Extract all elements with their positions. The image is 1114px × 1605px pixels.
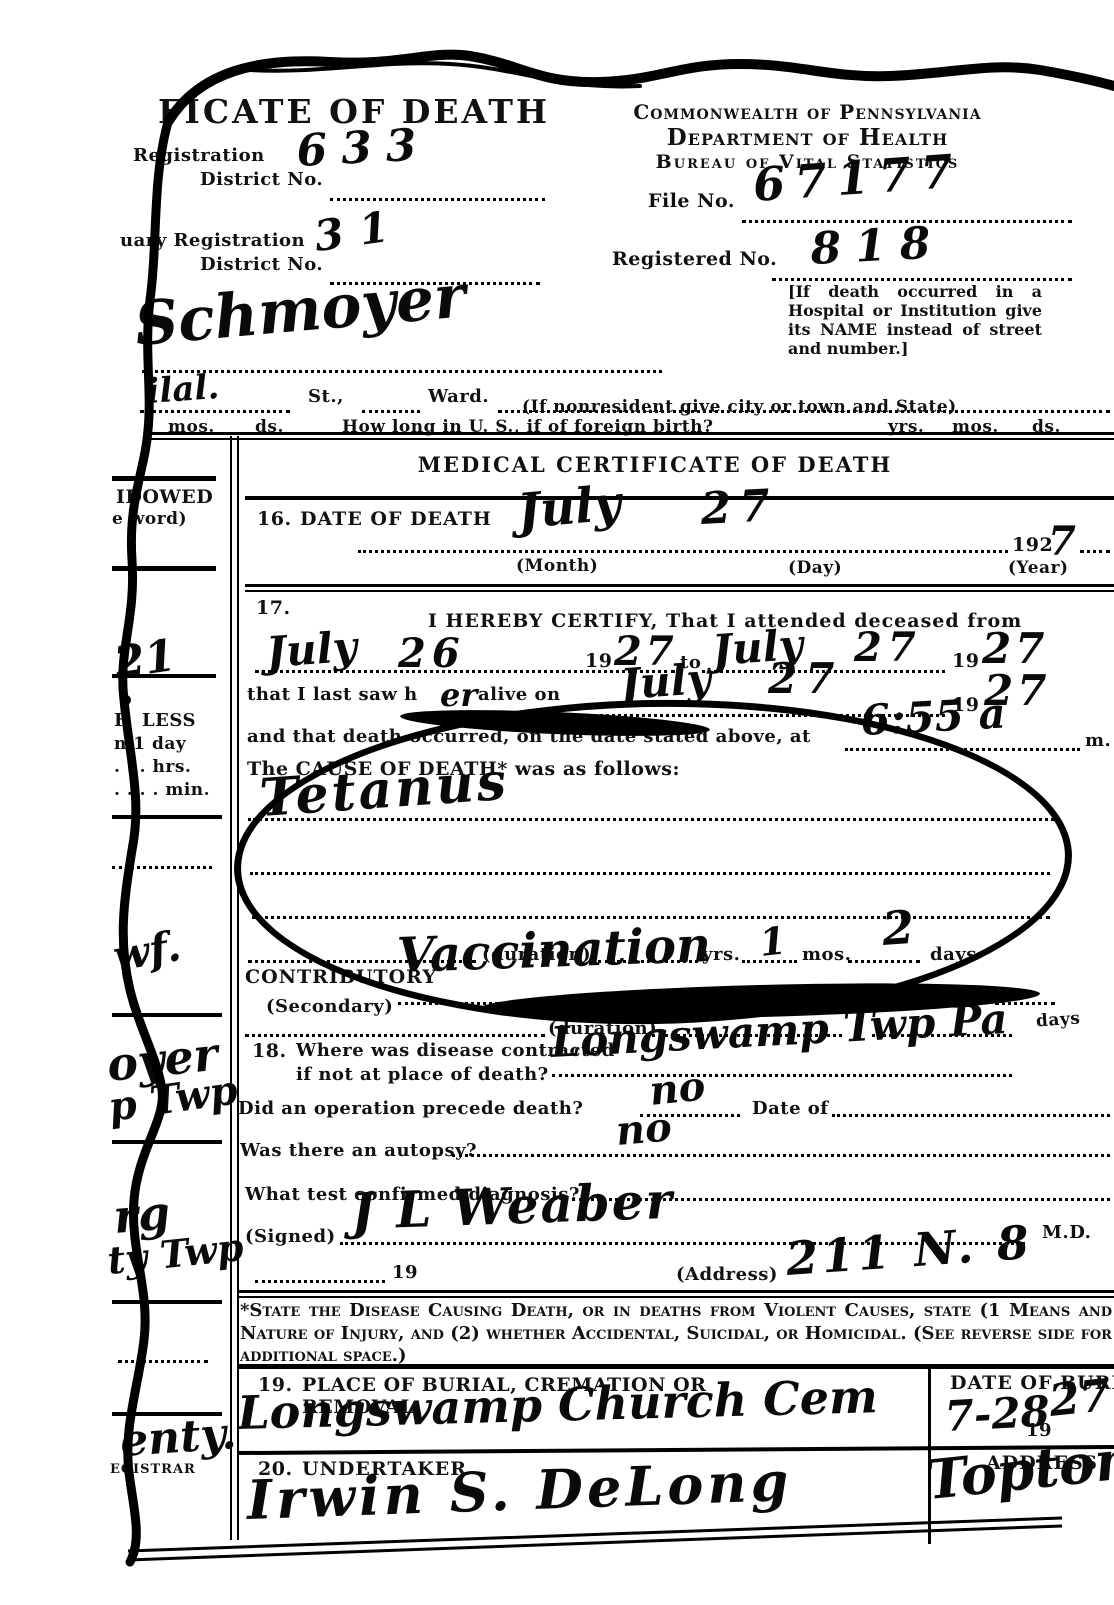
dotted-line (140, 408, 290, 413)
secondary-duration-days-label: days (1035, 1008, 1081, 1031)
disease-contracted-label-2: if not at place of death? (296, 1064, 549, 1085)
registration-district-value: 633 (295, 119, 431, 177)
registrar-fragment: EGISTRAR (110, 1462, 196, 1477)
year-caption: (Year) (1008, 558, 1069, 578)
word-note-fragment: e word) (112, 509, 187, 529)
item-18-number: 18. (252, 1040, 287, 1062)
physician-signature: J L Weaber (350, 1171, 675, 1241)
date-of-burial-year: 27 (1047, 1370, 1113, 1427)
dotted-line (772, 276, 1072, 281)
left-column-line (112, 815, 222, 819)
registration-label: Registration (133, 145, 265, 166)
registered-no-value: 818 (809, 217, 945, 275)
date-of-death-label: DATE OF DEATH (300, 508, 492, 530)
date-of-death-month: July (515, 475, 623, 540)
address-label: (Address) (676, 1264, 778, 1285)
dotted-line (112, 864, 212, 869)
dotted-line (358, 548, 1008, 553)
year-preprint: 192 (1012, 534, 1053, 556)
if-less-prefix: F (114, 710, 127, 731)
rule (245, 584, 1114, 592)
registered-no-label: Registered No. (612, 248, 777, 270)
rule (237, 1290, 1114, 1298)
year-preprint: 19 (392, 1262, 418, 1283)
min-label: . . . . min. (114, 780, 210, 800)
dotted-line (452, 1152, 1110, 1157)
dotted-line (245, 1032, 545, 1037)
violent-causes-footnote: *State the Disease Causing Death, or in … (240, 1300, 1112, 1368)
nonresident-note: (If nonresident give city or town and St… (522, 397, 957, 417)
age-handwriting-fragment: 21 (111, 630, 179, 689)
left-column-line (112, 1140, 222, 1144)
handwriting-fragment-1: wf. (109, 921, 184, 981)
dotted-line (142, 368, 662, 373)
column-divider (230, 436, 239, 1540)
left-column-line (112, 566, 216, 571)
primary-registration-district-label: District No. (200, 254, 323, 275)
year-preprint: 19 (952, 650, 979, 672)
dotted-line (1080, 548, 1110, 553)
time-m-label: m. (1085, 730, 1111, 751)
dotted-line (255, 1278, 385, 1283)
left-column-line (112, 1300, 222, 1304)
operation-question: Did an operation precede death? (238, 1098, 583, 1119)
month-caption: (Month) (516, 556, 598, 576)
physician-address-value: 211 N. 8 (784, 1215, 1034, 1286)
file-no-label: File No. (648, 190, 735, 212)
left-column-line (112, 476, 216, 481)
year-preprint: 19 (585, 650, 612, 672)
if-less-label: LESS (142, 710, 196, 731)
street-label: St., (308, 386, 344, 407)
section-divider (150, 432, 1114, 440)
agency-line-1: Commonwealth of Pennsylvania (595, 100, 1020, 124)
last-saw-prefix: that I last saw h (247, 684, 418, 705)
handwriting-fragment-6: enty. (118, 1408, 237, 1467)
dotted-line (552, 1072, 1012, 1077)
last-saw-pronoun: er (440, 676, 477, 714)
item-17-number: 17. (256, 597, 291, 619)
autopsy-question: Was there an autopsy? (240, 1140, 477, 1161)
medical-certificate-title: MEDICAL CERTIFICATE OF DEATH (245, 452, 1065, 477)
item-16-number: 16. (257, 508, 292, 530)
primary-registration-label: uary Registration (120, 230, 305, 251)
death-certificate-scan: FICATE OF DEATH Commonwealth of Pennsylv… (0, 0, 1114, 1605)
hospital-note: [If death occurred in a Hospital or Inst… (788, 283, 1042, 359)
rule (245, 496, 1114, 500)
left-column-line (112, 1013, 222, 1017)
street-handwriting-fragment: ilal. (145, 367, 220, 412)
dotted-line (330, 196, 545, 201)
burial-table-divider (928, 1364, 931, 1544)
dotted-line (362, 408, 420, 413)
last-saw-day: 27 (768, 654, 842, 703)
hrs-label: . . . hrs. (114, 757, 191, 777)
surname-handwriting: Schmoyer (132, 261, 468, 360)
secondary-label: (Secondary) (266, 996, 393, 1017)
primary-registration-district-value: 31 (311, 200, 407, 261)
date-of-death-day: 27 (699, 480, 779, 535)
signed-label: (Signed) (245, 1226, 336, 1247)
one-day-label: n 1 day (114, 734, 186, 754)
dotted-line (118, 1358, 208, 1363)
dotted-line (832, 1112, 1110, 1117)
ward-label: Ward. (428, 386, 489, 407)
day-caption: (Day) (788, 558, 842, 578)
alive-on-label: alive on (478, 684, 561, 705)
rule (237, 1364, 1114, 1369)
autopsy-answer: no (614, 1103, 674, 1155)
left-column-line (112, 674, 216, 678)
operation-date-label: Date of (752, 1098, 829, 1119)
md-label: M.D. (1042, 1222, 1091, 1243)
attended-to-day: 27 (854, 624, 922, 671)
widowed-fragment: IDOWED (116, 486, 213, 508)
